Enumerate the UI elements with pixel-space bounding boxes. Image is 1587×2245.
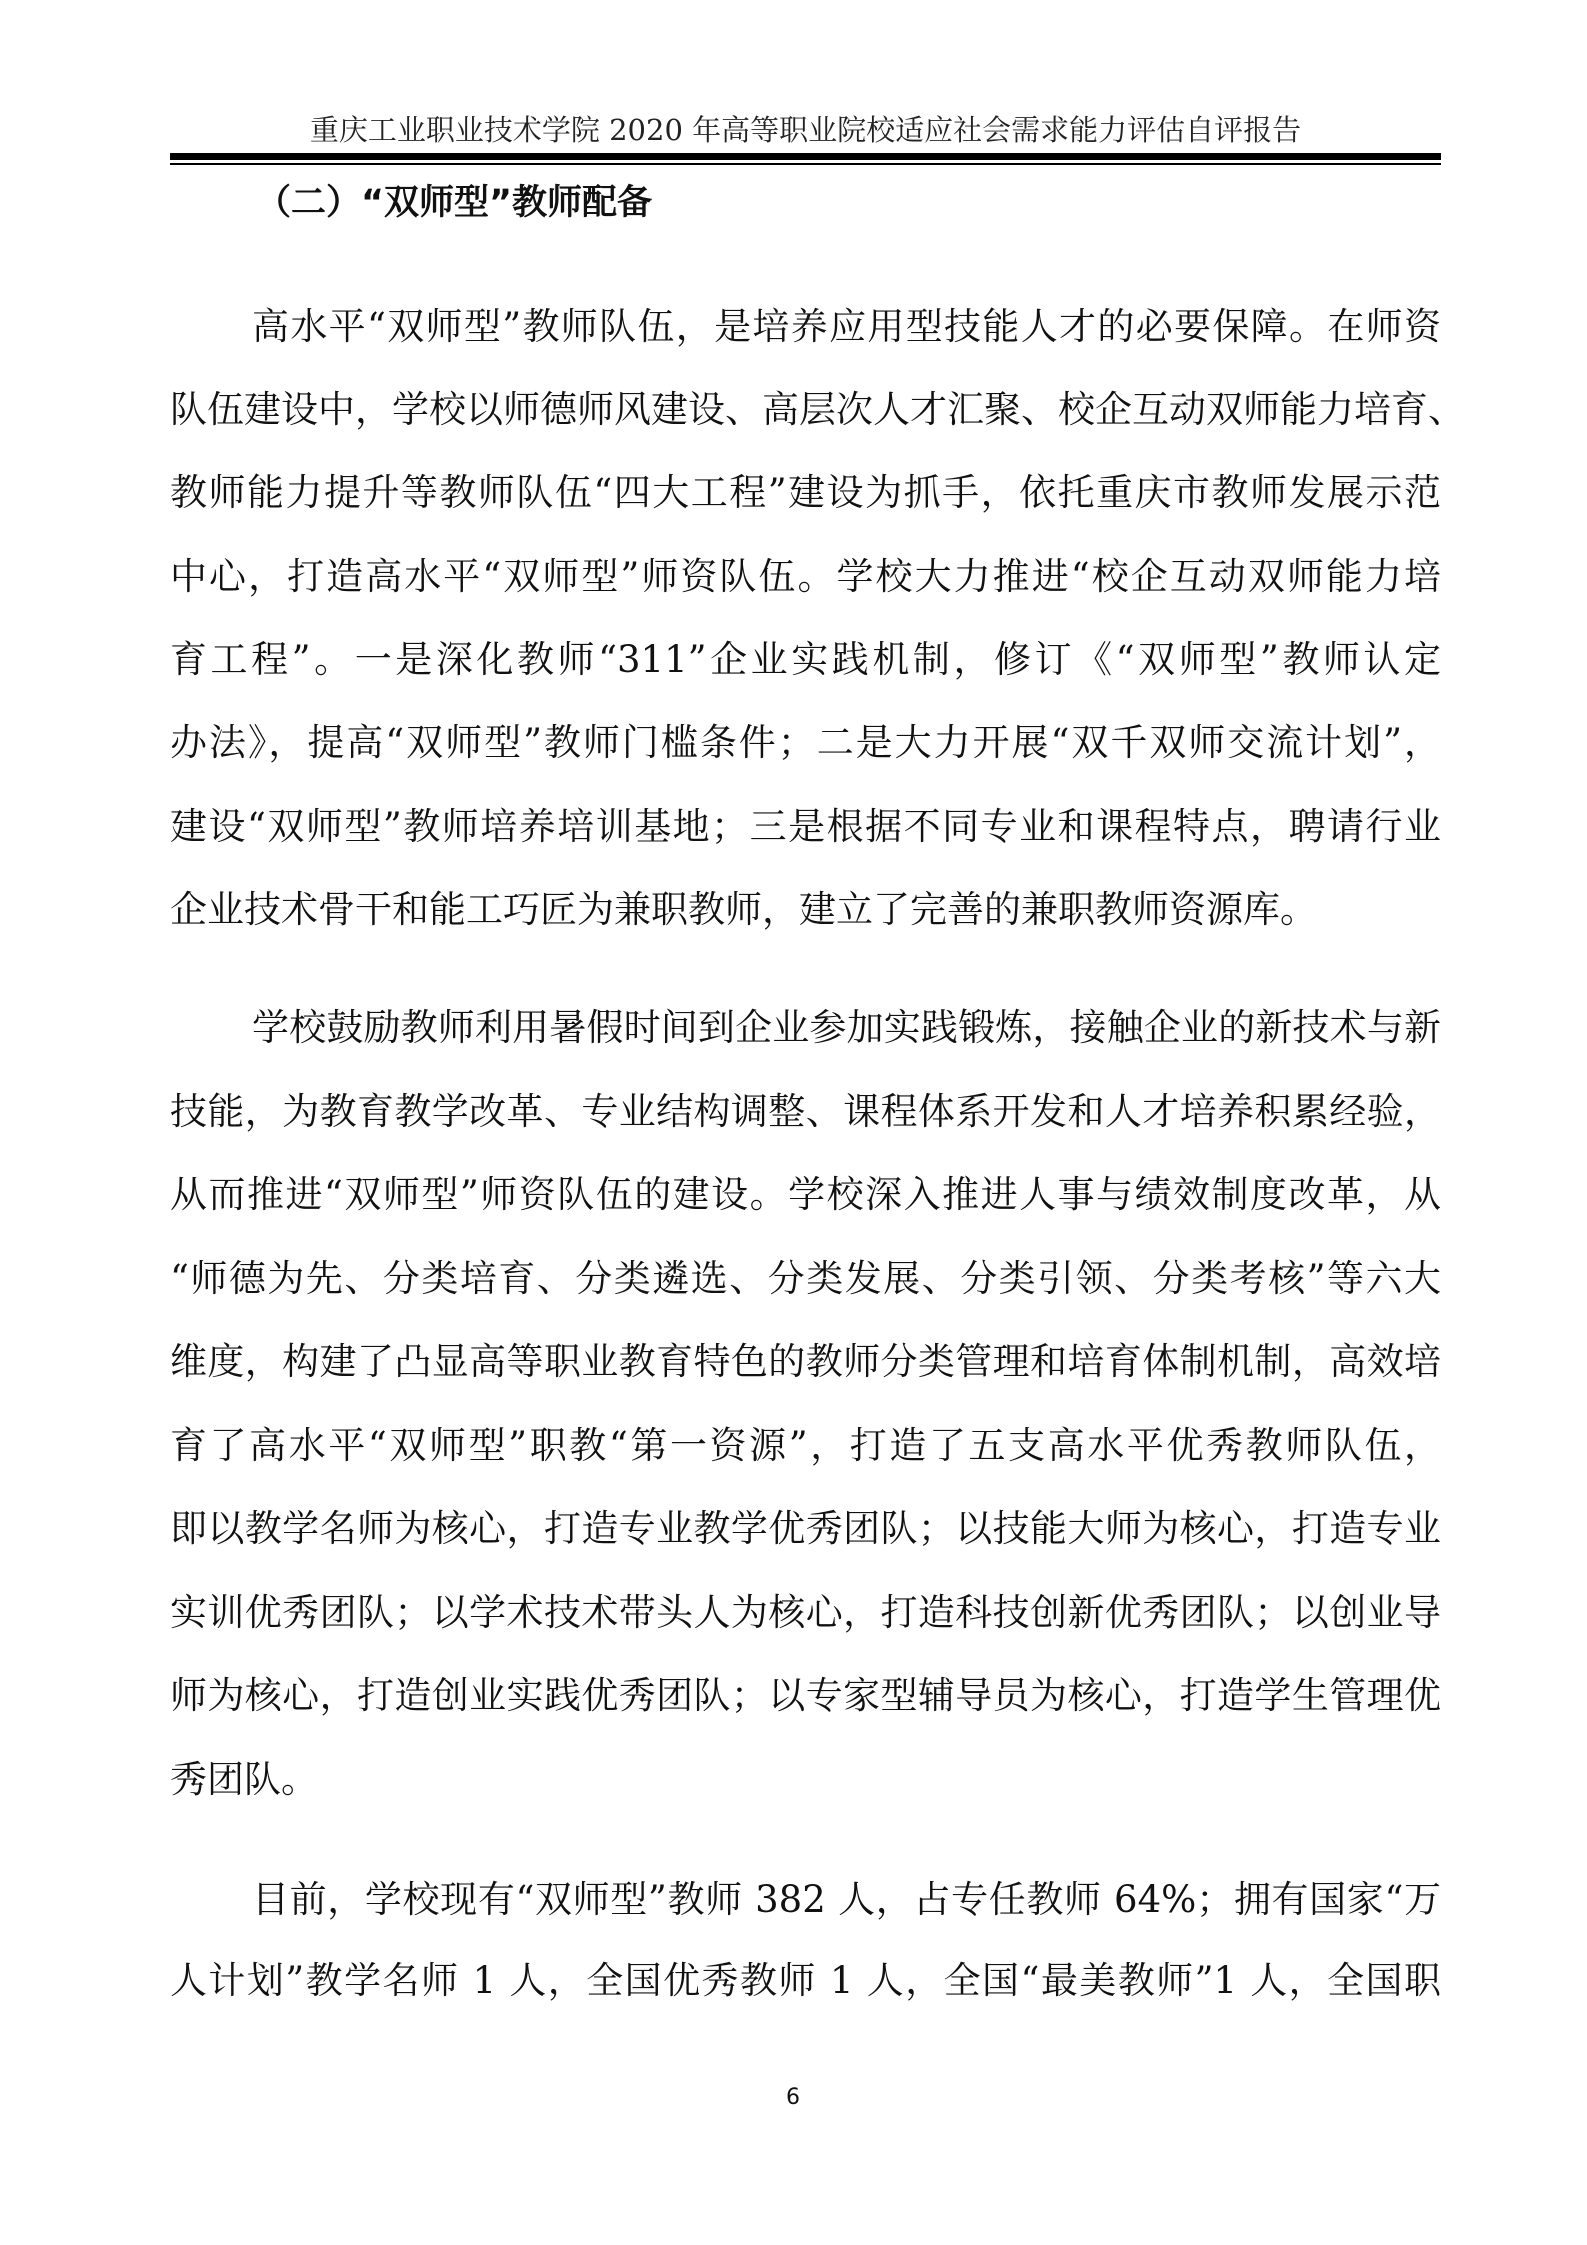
section-heading: （二）“双师型”教师配备 xyxy=(256,180,652,226)
paragraph-line: 维度，构建了凸显高等职业教育特色的教师分类管理和培育体制机制，高效培 xyxy=(170,1337,1441,1387)
header-rule-thick xyxy=(170,153,1441,160)
paragraph-line: 技能，为教育教学改革、专业结构调整、课程体系开发和人才培养积累经验， xyxy=(170,1087,1441,1137)
paragraph-line: 秀团队。 xyxy=(170,1755,1441,1805)
paragraph-line: “师德为先、分类培育、分类遴选、分类发展、分类引领、分类考核”等六大 xyxy=(170,1254,1441,1304)
paragraph-line: 育工程”。一是深化教师“311”企业实践机制，修订《“双师型”教师认定 xyxy=(170,635,1441,685)
paragraph-line: 建设“双师型”教师培养培训基地；三是根据不同专业和课程特点，聘请行业 xyxy=(170,802,1441,852)
paragraph-line: 目前，学校现有“双师型”教师 382 人，占专任教师 64%；拥有国家“万 xyxy=(252,1875,1441,1925)
page-number: 6 xyxy=(773,2083,813,2113)
paragraph-line: 从而推进“双师型”师资队伍的建设。学校深入推进人事与绩效制度改革，从 xyxy=(170,1170,1441,1220)
paragraph-line: 办法》，提高“双师型”教师门槛条件；二是大力开展“双千双师交流计划”， xyxy=(170,718,1441,768)
paragraph-line: 中心，打造高水平“双师型”师资队伍。学校大力推进“校企互动双师能力培 xyxy=(170,552,1441,602)
paragraph-line: 育了高水平“双师型”职教“第一资源”，打造了五支高水平优秀教师队伍， xyxy=(170,1421,1441,1471)
paragraph-line: 企业技术骨干和能工巧匠为兼职教师，建立了完善的兼职教师资源库。 xyxy=(170,885,1441,935)
paragraph-line: 人计划”教学名师 1 人，全国优秀教师 1 人，全国“最美教师”1 人，全国职 xyxy=(170,1956,1441,2006)
paragraph-line: 实训优秀团队；以学术技术带头人为核心，打造科技创新优秀团队；以创业导 xyxy=(170,1588,1441,1638)
paragraph-line: 队伍建设中，学校以师德师风建设、高层次人才汇聚、校企互动双师能力培育、 xyxy=(170,385,1441,435)
running-header: 重庆工业职业技术学院 2020 年高等职业院校适应社会需求能力评估自评报告 xyxy=(170,110,1441,150)
header-rule-thin xyxy=(170,163,1441,165)
paragraph-line: 教师能力提升等教师队伍“四大工程”建设为抓手，依托重庆市教师发展示范 xyxy=(170,468,1441,518)
paragraph-line: 学校鼓励教师利用暑假时间到企业参加实践锻炼，接触企业的新技术与新 xyxy=(252,1003,1441,1053)
document-page: 重庆工业职业技术学院 2020 年高等职业院校适应社会需求能力评估自评报告 （二… xyxy=(0,0,1587,2245)
paragraph-line: 即以教学名师为核心，打造专业教学优秀团队；以技能大师为核心，打造专业 xyxy=(170,1504,1441,1554)
paragraph-line: 师为核心，打造创业实践优秀团队；以专家型辅导员为核心，打造学生管理优 xyxy=(170,1671,1441,1721)
paragraph-line: 高水平“双师型”教师队伍，是培养应用型技能人才的必要保障。在师资 xyxy=(252,302,1441,352)
